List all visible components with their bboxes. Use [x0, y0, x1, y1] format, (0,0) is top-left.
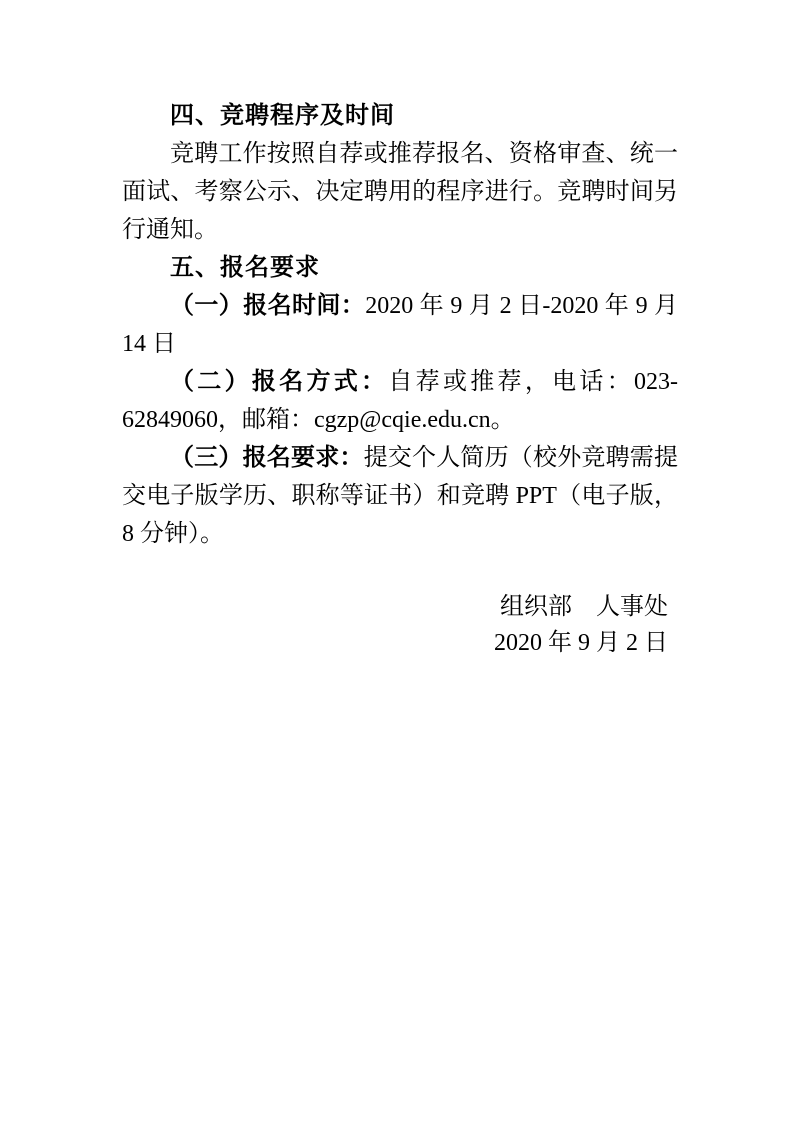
list-item-signup-method: （二）报名方式：自荐或推荐，电话：023-62849060，邮箱：cgzp@cq…	[122, 363, 678, 439]
heading-section-5: 五、报名要求	[122, 249, 678, 287]
document-page: 四、竞聘程序及时间 竞聘工作按照自荐或推荐报名、资格审查、统一面试、考察公示、决…	[0, 0, 793, 1122]
paragraph-procedure: 竞聘工作按照自荐或推荐报名、资格审查、统一面试、考察公示、决定聘用的程序进行。竞…	[122, 135, 678, 249]
list-item-signup-requirements: （三）报名要求：提交个人简历（校外竞聘需提交电子版学历、职称等证书）和竞聘 PP…	[122, 439, 678, 553]
signature-departments: 组织部 人事处	[122, 589, 668, 625]
signature-block: 组织部 人事处 2020 年 9 月 2 日	[122, 589, 678, 661]
item-label-signup-method: （二）报名方式：	[170, 369, 388, 395]
heading-section-4: 四、竞聘程序及时间	[122, 97, 678, 135]
signature-date: 2020 年 9 月 2 日	[122, 625, 668, 661]
list-item-signup-time: （一）报名时间：2020 年 9 月 2 日-2020 年 9 月 14 日	[122, 287, 678, 363]
item-label-signup-time: （一）报名时间：	[170, 293, 365, 319]
item-label-signup-requirements: （三）报名要求：	[170, 445, 364, 471]
document-content: 四、竞聘程序及时间 竞聘工作按照自荐或推荐报名、资格审查、统一面试、考察公示、决…	[0, 0, 793, 661]
